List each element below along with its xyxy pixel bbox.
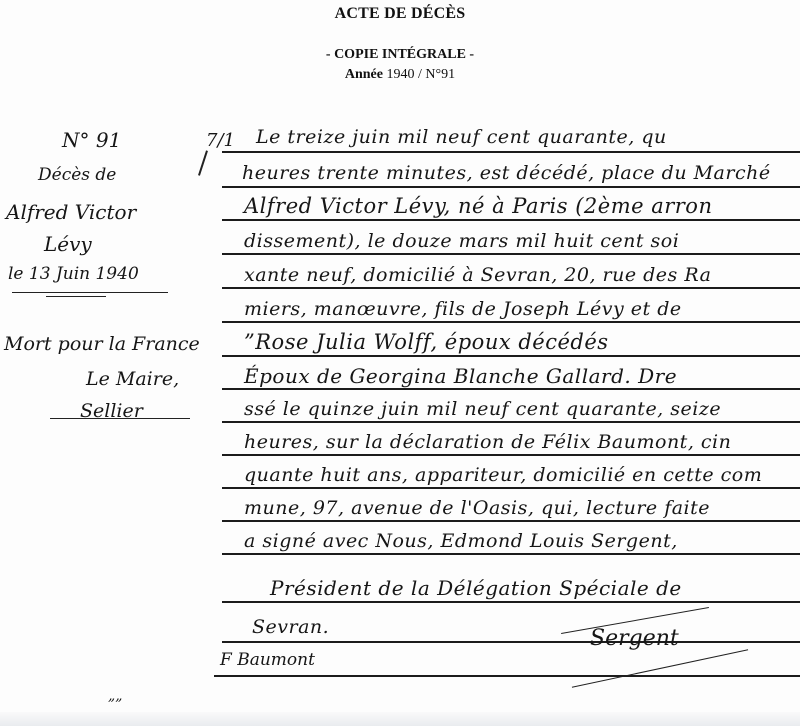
ruled-line xyxy=(222,151,800,153)
ditto-mark: „„ xyxy=(108,688,123,704)
body-line-1: Le treize juin mil neuf cent quarante, q… xyxy=(256,126,667,148)
ruled-line xyxy=(222,355,800,357)
body-line-15: Sevran. xyxy=(252,616,329,638)
scan-edge xyxy=(0,712,800,726)
entry-mark: 7/1 xyxy=(206,130,235,151)
margin-signature-underline xyxy=(50,418,190,419)
margin-deceased-first-names: Alfred Victor xyxy=(6,200,136,224)
ruled-line xyxy=(222,287,800,289)
body-line-11: quante huit ans, appariteur, domicilié e… xyxy=(244,464,762,486)
document-page: ACTE DE DÉCÈS - COPIE INTÉGRALE - Année … xyxy=(0,0,800,726)
year-value: 1940 / N°91 xyxy=(387,67,456,82)
ruled-line xyxy=(222,601,800,603)
year-label: Année xyxy=(345,67,383,82)
margin-death-date: le 13 Juin 1940 xyxy=(8,264,139,284)
ruled-line xyxy=(222,186,800,188)
document-subtitle: - COPIE INTÉGRALE - xyxy=(0,47,800,63)
document-title: ACTE DE DÉCÈS xyxy=(0,5,800,23)
ruled-line xyxy=(222,454,800,456)
body-line-10: heures, sur la déclaration de Félix Baum… xyxy=(244,431,731,453)
ruled-line xyxy=(222,321,800,323)
ruled-line xyxy=(214,675,800,677)
ruled-line xyxy=(222,641,800,643)
ruled-line xyxy=(222,219,800,221)
body-line-14: Président de la Délégation Spéciale de xyxy=(270,576,682,600)
margin-underline xyxy=(12,292,168,293)
body-line-4: dissement), le douze mars mil huit cent … xyxy=(244,230,679,252)
body-line-3: Alfred Victor Lévy, né à Paris (2ème arr… xyxy=(244,194,712,218)
body-line-5: xante neuf, domicilié à Sevran, 20, rue … xyxy=(244,264,711,286)
margin-mention-mort-pour-la-france: Mort pour la France xyxy=(4,333,200,355)
body-line-7: ”Rose Julia Wolff, époux décédés xyxy=(244,330,609,354)
ruled-line xyxy=(222,487,800,489)
ruled-line xyxy=(222,421,800,423)
body-line-6: miers, manœuvre, fils de Joseph Lévy et … xyxy=(244,298,682,320)
body-line-8: Époux de Georgina Blanche Gallard. Dre xyxy=(244,364,677,388)
ruled-line xyxy=(222,388,800,390)
margin-deceased-surname: Lévy xyxy=(44,232,92,256)
year-number-line: Année 1940 / N°91 xyxy=(0,67,800,83)
officer-signature: Sergent xyxy=(590,626,679,651)
margin-act-number: N° 91 xyxy=(62,128,121,152)
body-line-9: ssé le quinze juin mil neuf cent quarant… xyxy=(244,398,721,420)
margin-mayor-title: Le Maire, xyxy=(86,368,179,390)
body-line-2: heures trente minutes, est décédé, place… xyxy=(242,162,771,184)
body-line-12: mune, 97, avenue de l'Oasis, qui, lectur… xyxy=(244,497,710,519)
body-line-13: a signé avec Nous, Edmond Louis Sergent, xyxy=(244,530,678,552)
margin-underline-short xyxy=(46,296,106,297)
ruled-line xyxy=(222,520,800,522)
margin-deces-de: Décès de xyxy=(38,165,116,185)
signature-flourish xyxy=(572,649,748,687)
declarant-signature: F Baumont xyxy=(220,650,315,670)
entry-bracket-stroke xyxy=(198,150,207,175)
ruled-line xyxy=(222,553,800,555)
ruled-line xyxy=(222,253,800,255)
